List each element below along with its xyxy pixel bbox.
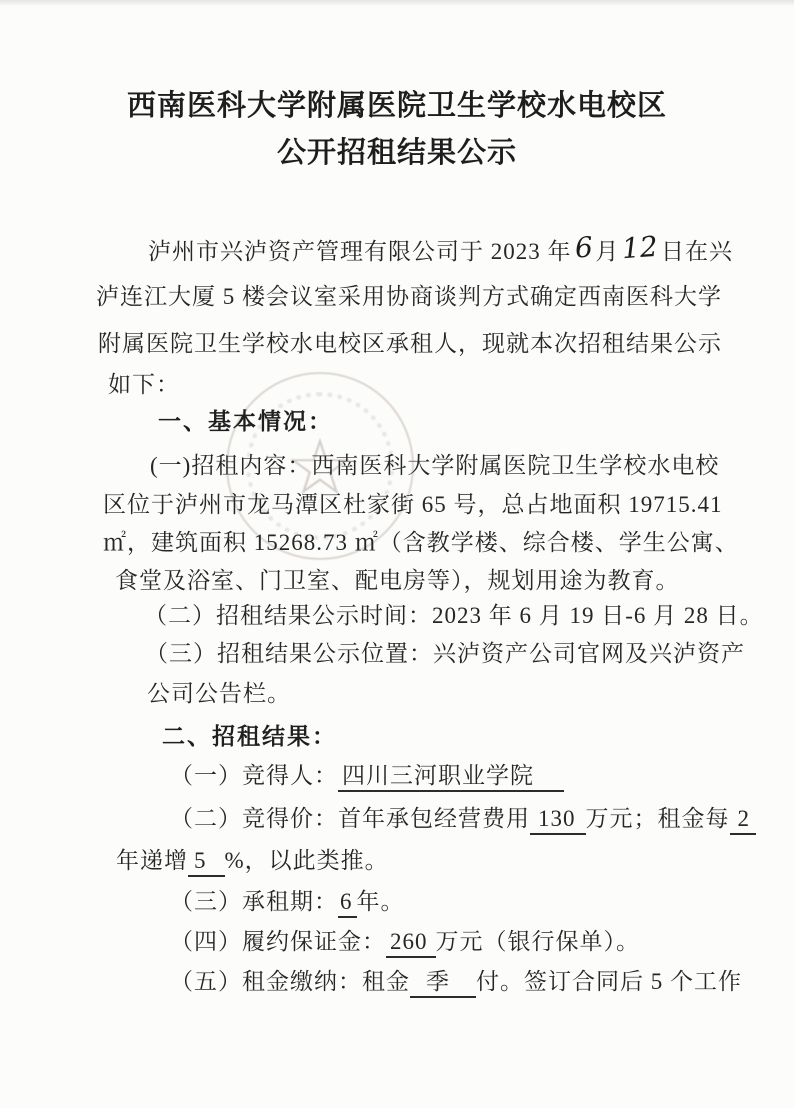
deposit-line: （四）履约保证金：260万元（银行保单）。: [170, 926, 640, 958]
term-value: 6: [338, 889, 357, 918]
section1-item3-line2: 公司公告栏。: [147, 678, 291, 710]
intro-line-4: 如下：: [108, 369, 180, 401]
intro-line1-mid: 月: [595, 239, 619, 264]
section2-heading: 二、招租结果：: [162, 720, 337, 752]
section1-heading: 一、基本情况：: [158, 405, 333, 437]
price-line-2: 年递增5%，以此类推。: [116, 845, 389, 877]
intro-line1-post: 日在兴: [661, 239, 733, 264]
section1-item1-line2: 区位于泸州市龙马潭区杜家街 65 号，总占地面积 19715.41: [103, 489, 723, 521]
section1-item3-line1: （三）招租结果公示位置：兴泸资产公司官网及兴泸资产: [145, 638, 745, 670]
winner-line: （一）竞得人：四川三河职业学院: [170, 760, 564, 792]
price-value-first-year: 130: [530, 806, 586, 835]
section1-item1-line4: 食堂及浴室、门卫室、配电房等），规划用途为教育。: [115, 565, 680, 597]
section1-item1-line1: (一)招租内容：西南医科大学附属医院卫生学校水电校: [150, 450, 719, 482]
price-value-increase-pct: 5: [188, 848, 225, 877]
intro-line-2: 泸连江大厦 5 楼会议室采用协商谈判方式确定西南医科大学: [96, 281, 722, 313]
handwritten-day: 12: [618, 231, 662, 266]
price-line-1: （二）竞得价：首年承包经营费用130万元；租金每2: [170, 803, 756, 835]
term-pre: （三）承租期：: [170, 889, 338, 914]
deposit-value: 260: [386, 929, 436, 958]
payment-line: （五）租金缴纳：租金季付。签订合同后 5 个工作: [170, 966, 742, 998]
price-value-years: 2: [730, 806, 757, 835]
handwritten-month: 6: [570, 231, 596, 265]
winner-label: （一）竞得人：: [170, 763, 338, 788]
document-title-line2: 公开招租结果公示: [0, 137, 794, 169]
term-line: （三）承租期：6年。: [170, 886, 405, 918]
payment-pre: （五）租金缴纳：租金: [170, 969, 410, 994]
payment-post: 付。签订合同后 5 个工作: [476, 969, 742, 994]
section1-item2: （二）招租结果公示时间：2023 年 6 月 19 日-6 月 28 日。: [144, 600, 764, 632]
scan-edge-artifact: [0, 0, 794, 6]
intro-line1-pre: 泸州市兴泸资产管理有限公司于 2023 年: [148, 239, 572, 264]
intro-line-3: 附属医院卫生学校水电校区承租人，现就本次招租结果公示: [98, 328, 722, 360]
price-line2-pre: 年递增: [116, 848, 188, 873]
intro-line-1: 泸州市兴泸资产管理有限公司于 2023 年6月12日在兴: [148, 234, 733, 268]
price-line1-pre: （二）竞得价：首年承包经营费用: [170, 806, 530, 831]
payment-value: 季: [410, 969, 476, 998]
price-line2-post: %，以此类推。: [225, 848, 389, 873]
document-title-line1: 西南医科大学附属医院卫生学校水电校区: [0, 90, 794, 122]
scanned-document-page: ☆ 西南医科大学附属医院卫生学校水电校区 公开招租结果公示 泸州市兴泸资产管理有…: [0, 0, 794, 1108]
section1-item1-line3: ㎡，建筑面积 15268.73 ㎡（含教学楼、综合楼、学生公寓、: [103, 527, 739, 559]
deposit-pre: （四）履约保证金：: [170, 929, 386, 954]
winner-value: 四川三河职业学院: [338, 763, 564, 792]
term-post: 年。: [357, 889, 405, 914]
deposit-post: 万元（银行保单）。: [436, 929, 641, 954]
price-line1-mid: 万元；租金每: [586, 806, 730, 831]
